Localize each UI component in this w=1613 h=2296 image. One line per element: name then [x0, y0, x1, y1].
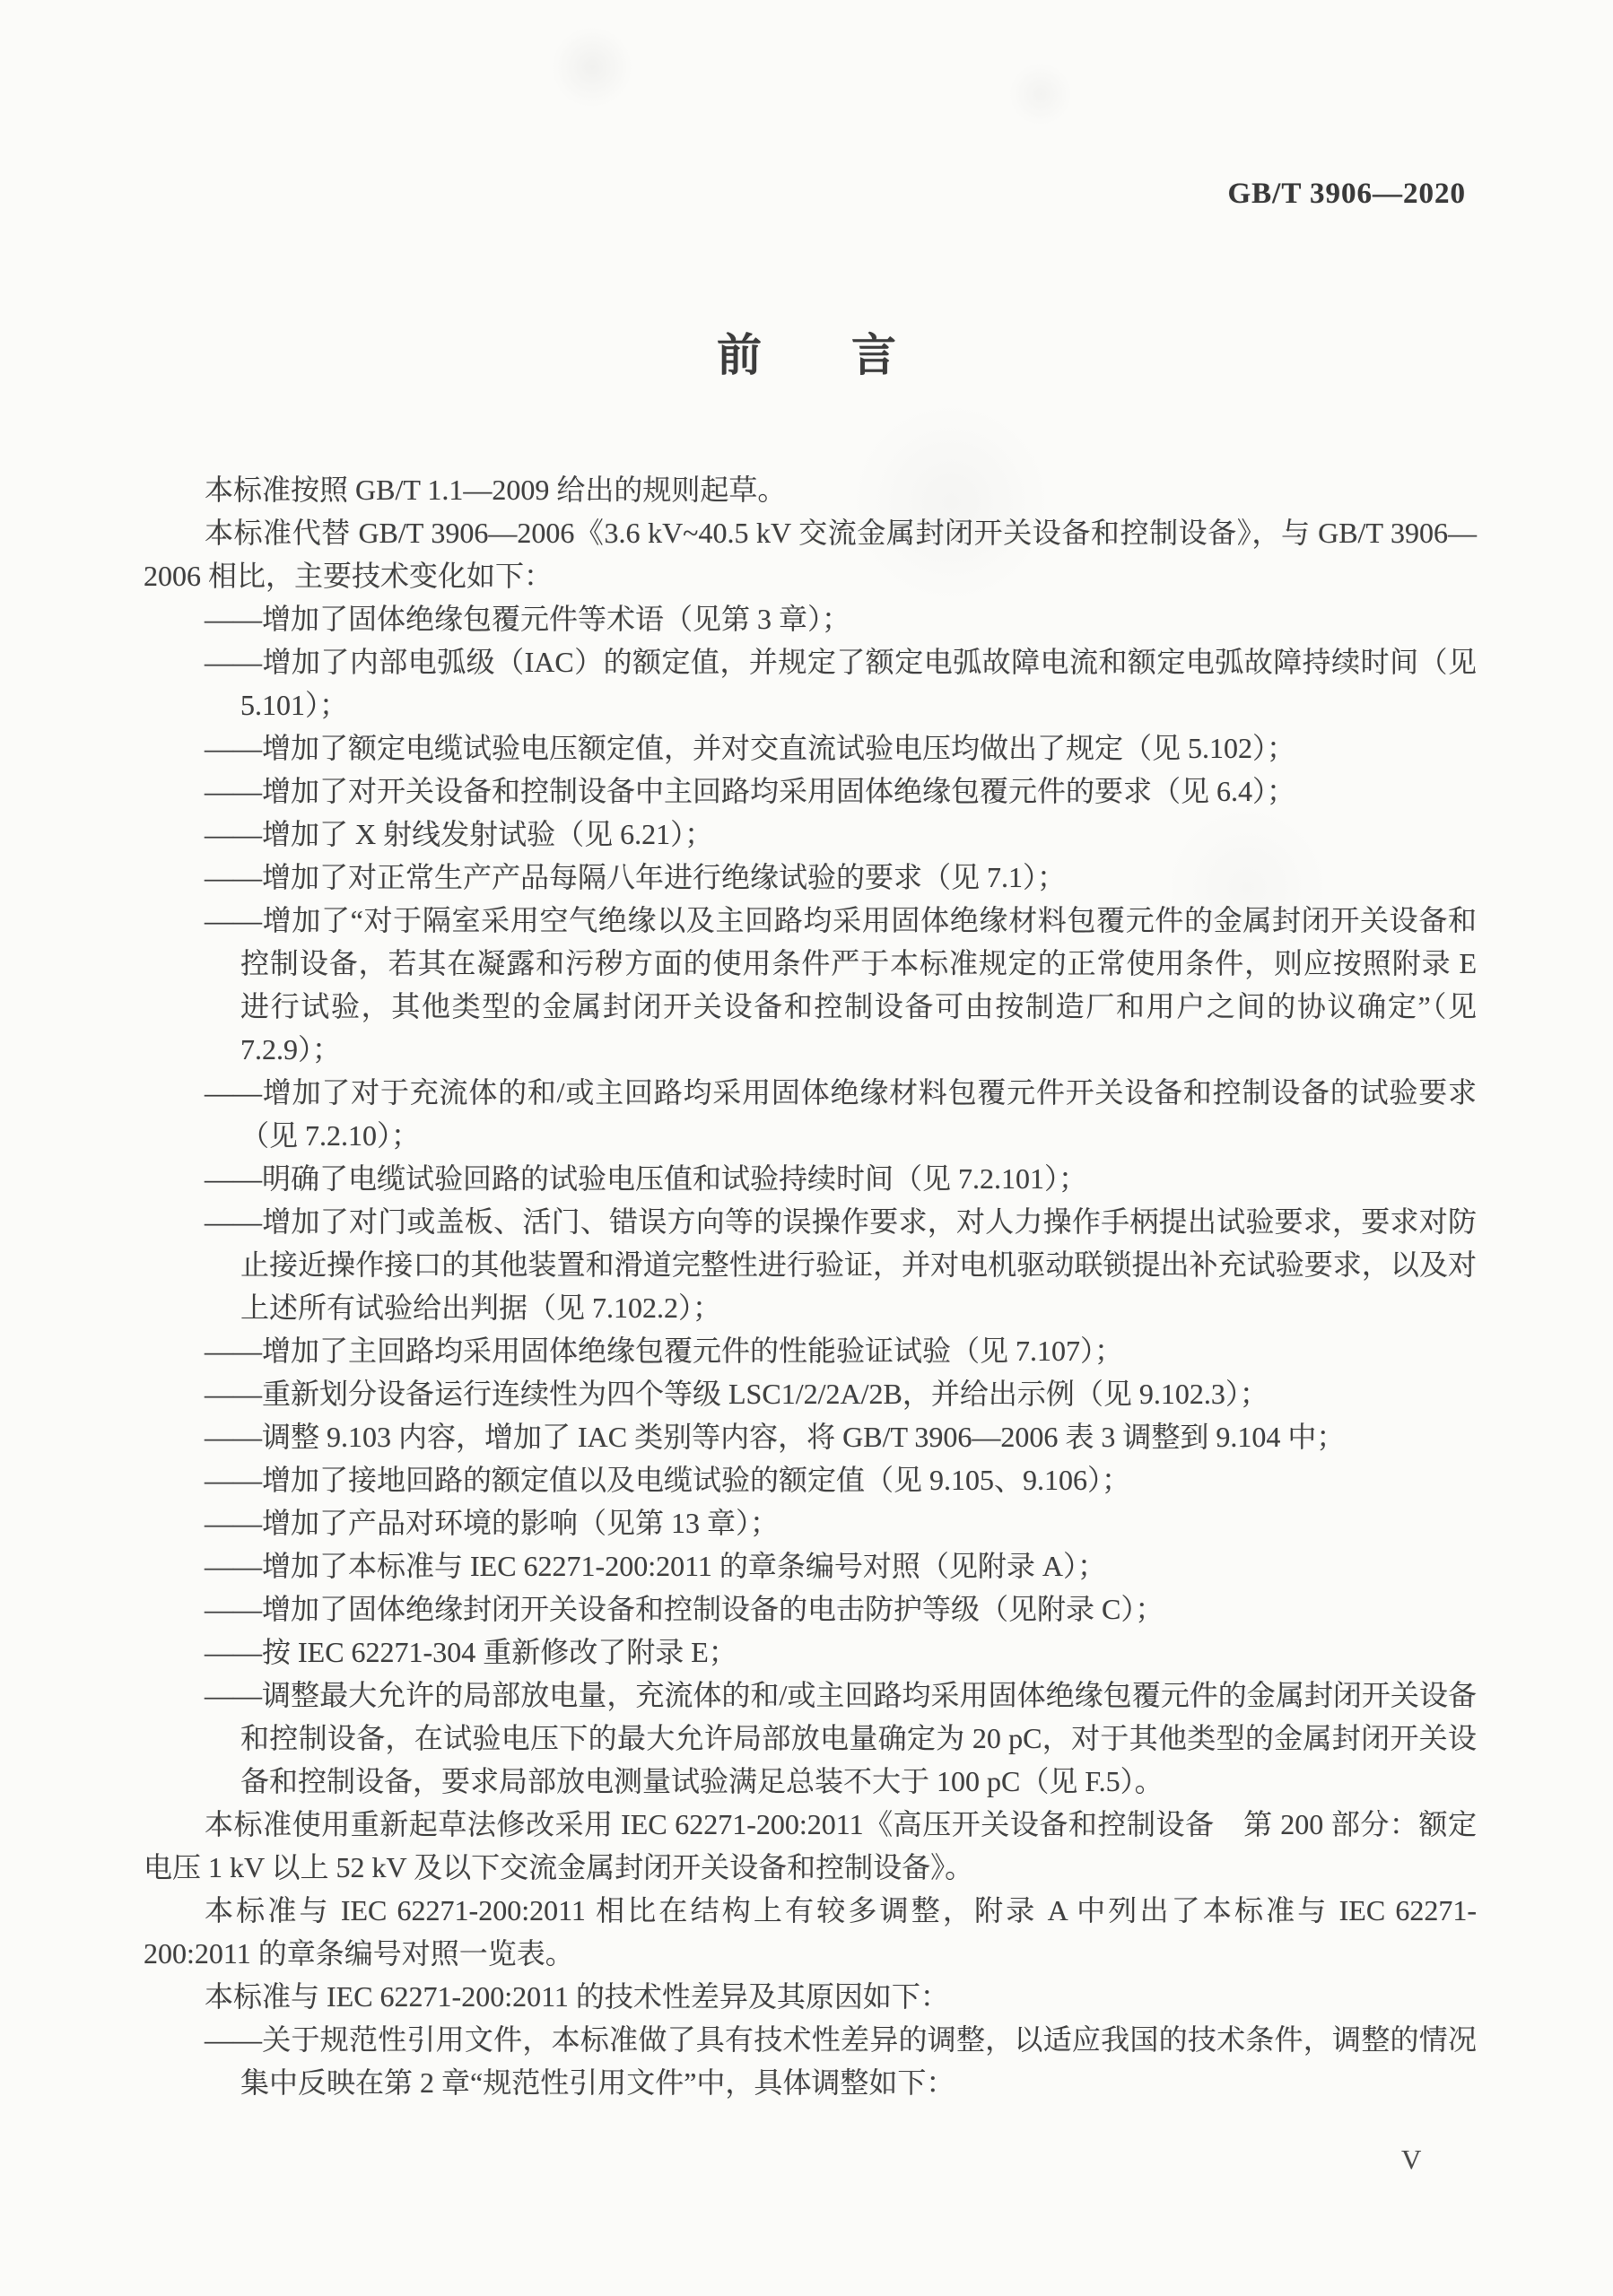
change-list-item: ——增加了额定电缆试验电压额定值，并对交直流试验电压均做出了规定（见 5.102… — [144, 726, 1477, 770]
change-list-item: ——增加了固体绝缘封闭开关设备和控制设备的电击防护等级（见附录 C）； — [144, 1587, 1477, 1631]
change-list-item: ——调整最大允许的局部放电量，充流体的和/或主回路均采用固体绝缘包覆元件的金属封… — [144, 1674, 1477, 1803]
change-list-item: ——关于规范性引用文件，本标准做了具有技术性差异的调整，以适应我国的技术条件，调… — [144, 2018, 1477, 2104]
change-list-item: ——增加了固体绝缘包覆元件等术语（见第 3 章）； — [144, 597, 1477, 640]
change-list-item: ——增加了产品对环境的影响（见第 13 章）； — [144, 1501, 1477, 1544]
change-list-item: ——增加了内部电弧级（IAC）的额定值，并规定了额定电弧故障电流和额定电弧故障持… — [144, 640, 1477, 726]
change-list-item: ——增加了 X 射线发射试验（见 6.21）； — [144, 813, 1477, 856]
paragraph: 本标准代替 GB/T 3906—2006《3.6 kV~40.5 kV 交流金属… — [144, 511, 1477, 597]
paragraph: 本标准与 IEC 62271-200:2011 相比在结构上有较多调整，附录 A… — [144, 1889, 1477, 1975]
paragraph: 本标准按照 GB/T 1.1—2009 给出的规则起草。 — [144, 468, 1477, 511]
standard-code: GB/T 3906—2020 — [0, 178, 1466, 211]
change-list-item: ——增加了“对于隔室采用空气绝缘以及主回路均采用固体绝缘材料包覆元件的金属封闭开… — [144, 899, 1477, 1071]
change-list-item: ——增加了对于充流体的和/或主回路均采用固体绝缘材料包覆元件开关设备和控制设备的… — [144, 1071, 1477, 1157]
paragraph: 本标准与 IEC 62271-200:2011 的技术性差异及其原因如下： — [144, 1975, 1477, 2018]
page-number: V — [1401, 2144, 1421, 2176]
change-list-item: ——增加了接地回路的额定值以及电缆试验的额定值（见 9.105、9.106）； — [144, 1458, 1477, 1501]
change-list-item: ——明确了电缆试验回路的试验电压值和试验持续时间（见 7.2.101）； — [144, 1157, 1477, 1200]
page-title: 前 言 — [0, 319, 1613, 384]
change-list-item: ——增加了对正常生产产品每隔八年进行绝缘试验的要求（见 7.1）； — [144, 856, 1477, 899]
foreword-body: 本标准按照 GB/T 1.1—2009 给出的规则起草。本标准代替 GB/T 3… — [144, 468, 1477, 2104]
change-list-item: ——重新划分设备运行连续性为四个等级 LSC1/2/2A/2B，并给出示例（见 … — [144, 1372, 1477, 1415]
change-list-item: ——按 IEC 62271-304 重新修改了附录 E； — [144, 1631, 1477, 1674]
change-list-item: ——增加了对门或盖板、活门、错误方向等的误操作要求，对人力操作手柄提出试验要求，… — [144, 1200, 1477, 1329]
change-list-item: ——增加了主回路均采用固体绝缘包覆元件的性能验证试验（见 7.107）； — [144, 1329, 1477, 1372]
change-list-item: ——增加了本标准与 IEC 62271-200:2011 的章条编号对照（见附录… — [144, 1544, 1477, 1587]
change-list-item: ——调整 9.103 内容，增加了 IAC 类别等内容，将 GB/T 3906—… — [144, 1415, 1477, 1458]
document-page: GB/T 3906—2020 前 言 本标准按照 GB/T 1.1—2009 给… — [0, 0, 1613, 2296]
paragraph: 本标准使用重新起草法修改采用 IEC 62271-200:2011《高压开关设备… — [144, 1803, 1477, 1889]
change-list-item: ——增加了对开关设备和控制设备中主回路均采用固体绝缘包覆元件的要求（见 6.4）… — [144, 770, 1477, 813]
